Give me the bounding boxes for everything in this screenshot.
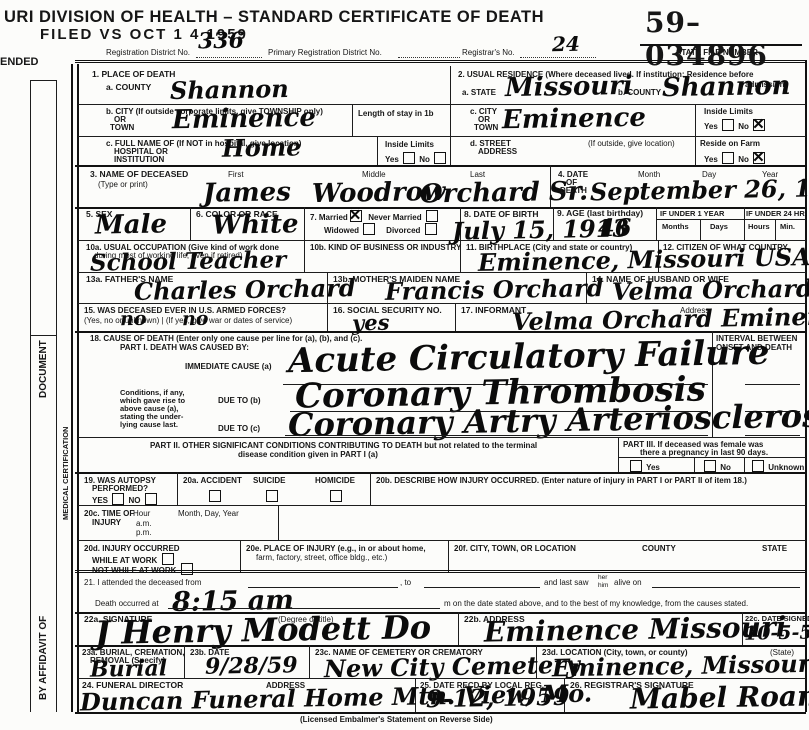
blank-line [424, 587, 540, 588]
residence-city-value: Eminence [502, 105, 646, 134]
unknown-checkbox [752, 460, 764, 472]
yes-checkbox [403, 152, 415, 164]
yes-label: Yes [704, 122, 718, 131]
blank-line [196, 48, 262, 58]
margin-rule [30, 335, 56, 336]
margin-rule [56, 80, 57, 712]
social-security-value: yes [352, 312, 390, 334]
widowed-checkbox [363, 223, 375, 235]
no-label: NO [128, 496, 140, 505]
rule [75, 165, 806, 167]
no-label: No [738, 122, 749, 131]
part2-label-2: disease condition given in PART I (a) [238, 450, 378, 459]
divider [352, 104, 353, 136]
armed-forces-value-2: no [182, 310, 209, 329]
type-or-print-label: (Type or print) [98, 180, 148, 189]
attended-pre: 21. I attended the deceased from [84, 578, 201, 587]
months-header: Months [662, 222, 689, 231]
attended-to: , to [400, 578, 411, 587]
no-label: No [419, 155, 430, 164]
no-checkbox [434, 152, 446, 164]
place-of-injury-label: 20e. PLACE OF INJURY (e.g., in or about … [246, 544, 426, 553]
primary-district-label: Primary Registration District No. [268, 48, 382, 57]
divider [450, 66, 451, 165]
rule [618, 457, 806, 458]
embalmer-note: (Licensed Embalmer's Statement on Revers… [300, 715, 493, 724]
date-of-death-value: September 26, 1959 [590, 176, 809, 205]
rule [75, 712, 806, 714]
marital-row-1: 7. Married Never Married [310, 210, 440, 222]
yes-checkbox [112, 493, 124, 505]
yes-checkbox [722, 152, 734, 164]
medical-certification-vertical-label: MEDICAL CERTIFICATION [61, 427, 70, 520]
yes-label: Yes [385, 155, 399, 164]
attended-alive-on: alive on [614, 578, 642, 587]
divider [304, 240, 305, 272]
hours-header: Hours [748, 222, 770, 231]
injury-county-header: COUNTY [642, 544, 676, 553]
part1-label: PART I. DEATH WAS CAUSED BY: [120, 343, 249, 352]
signature-address-value: Eminence Missouri [484, 613, 787, 646]
accident-checkbox [207, 487, 223, 505]
residence-county-label: b. COUNTY [618, 88, 661, 97]
certificate-title: URI DIVISION OF HEALTH – STANDARD CERTIF… [4, 8, 544, 27]
spouse-name-value: Velma Orchard, E [612, 276, 809, 304]
suicide-checkbox [264, 487, 280, 505]
father-name-value: Charles Orchard [134, 276, 356, 304]
time-of-injury-label: 20c. TIME OF [84, 509, 134, 518]
county-value: Shannon [170, 77, 289, 103]
rule [78, 678, 806, 679]
due-to-c-label: DUE TO (c) [218, 424, 260, 433]
due-to-b-label: DUE TO (b) [218, 396, 261, 405]
affidavit-vertical-label: BY AFFIDAVIT OF [38, 616, 49, 700]
divider [448, 540, 449, 572]
married-label: 7. Married [310, 213, 348, 222]
her-label: her [598, 574, 608, 582]
never-married-checkbox [426, 210, 438, 222]
farm-checkboxes: Yes No [704, 152, 767, 164]
name-of-deceased-label: 3. NAME OF DECEASED [90, 170, 188, 180]
pregnancy-no: No [702, 460, 731, 472]
blank-line [398, 48, 460, 58]
homicide-checkbox [328, 487, 344, 505]
divider [618, 437, 619, 472]
rule [78, 240, 806, 241]
length-of-stay-label: Length of stay in 1b [358, 109, 434, 118]
age-value: 46 [598, 216, 632, 241]
yes-label: Yes [646, 463, 660, 472]
date-recd-value: 9-12, 1959 [426, 685, 570, 712]
no-checkbox-checked [753, 152, 765, 164]
form-left-border [71, 64, 79, 712]
yes-label: YES [92, 496, 108, 505]
immediate-cause-label: IMMEDIATE CAUSE (a) [185, 362, 272, 371]
street-hint: (If outside, give location) [588, 139, 675, 148]
yes-label: Yes [704, 155, 718, 164]
blank-line [652, 587, 800, 588]
town-label: TOWN [110, 123, 134, 132]
divider [240, 540, 241, 572]
divider [370, 472, 371, 505]
rule [745, 384, 800, 385]
divider [656, 207, 657, 240]
city-value: Eminence [172, 105, 316, 134]
rule [640, 44, 802, 46]
never-married-label: Never Married [368, 213, 421, 222]
divider [700, 219, 701, 240]
inside-limits-label: Inside Limits [385, 140, 434, 149]
min-header: Min. [780, 222, 795, 231]
hospital-label-3: INSTITUTION [114, 155, 164, 164]
accident-label: 20a. ACCIDENT [183, 476, 242, 485]
divider [304, 207, 305, 240]
margin-rule [30, 80, 56, 81]
residence-town-label: TOWN [474, 123, 498, 132]
no-checkbox [145, 493, 157, 505]
part3-label-2: there a pregnancy in last 90 days. [640, 448, 768, 457]
death-occurred-at-label: Death occurred at [95, 599, 159, 608]
armed-forces-value-1: no [120, 310, 147, 329]
place-of-injury-label-2: farm, factory, street, office bldg., etc… [256, 553, 387, 562]
hour-label: Hour [133, 509, 150, 518]
not-while-at-work-checkbox [181, 563, 193, 575]
street-label-2: ADDRESS [478, 147, 517, 156]
rule [285, 435, 708, 436]
state-label: a. STATE [462, 88, 496, 97]
divorced-label: Divorced [386, 226, 420, 235]
no-checkbox-checked [753, 119, 765, 131]
registration-district-label: Registration District No. [106, 48, 190, 57]
if-under-1-year-label: IF UNDER 1 YEAR [660, 209, 724, 218]
month-day-year-label: Month, Day, Year [178, 509, 239, 518]
yes-checkbox [722, 119, 734, 131]
widowed-label: Widowed [324, 226, 359, 235]
divider [694, 457, 695, 472]
attended-post: m on the date stated above, and to the b… [444, 599, 748, 608]
place-of-death-title: 1. PLACE OF DEATH [92, 70, 175, 80]
yes-checkbox [630, 460, 642, 472]
death-certificate-scan: URI DIVISION OF HEALTH – STANDARD CERTIF… [0, 0, 809, 730]
rule [78, 540, 806, 541]
divider [458, 612, 459, 645]
industry-label: 10b. KIND OF BUSINESS OR INDUSTRY [310, 243, 461, 252]
unknown-label: Unknown [768, 463, 804, 472]
divider [775, 219, 776, 240]
citizen-label: 12. CITIZEN OF WHAT COUNTRY [663, 243, 788, 252]
state-value: Missouri [505, 73, 633, 101]
divider [744, 207, 745, 240]
hospital-value: Home [222, 135, 302, 160]
pregnancy-yes: Yes [628, 460, 660, 472]
divider [177, 472, 178, 505]
occupation-value: School Teacher [90, 248, 287, 274]
divider [455, 303, 456, 331]
autopsy-label-2: PERFORMED? [92, 484, 148, 493]
conditions-note-5: lying cause last. [120, 420, 178, 429]
marital-row-2: Widowed Divorced [324, 223, 439, 235]
autopsy-checkboxes: YES NO [92, 493, 159, 505]
inside-limits-checkboxes: Yes No [385, 152, 448, 164]
divorced-checkbox [425, 223, 437, 235]
am-label: a.m. [136, 519, 152, 528]
no-label: No [738, 155, 749, 164]
rule [656, 219, 806, 220]
him-label: him [598, 582, 608, 590]
rule [75, 570, 806, 573]
time-of-injury-label-2: INJURY [92, 518, 121, 527]
first-name-value: James [203, 179, 291, 207]
divider [190, 207, 191, 240]
part2-label: PART II. OTHER SIGNIFICANT CONDITIONS CO… [150, 441, 537, 450]
her-him-stack: herhim [598, 574, 608, 590]
rule [78, 437, 806, 438]
suicide-label: SUICIDE [253, 476, 285, 485]
divider [744, 457, 745, 472]
county-label: a. COUNTY [106, 83, 151, 93]
divider [695, 104, 696, 165]
rule [78, 136, 806, 137]
attended-last-saw: and last saw [544, 578, 588, 587]
burial-date-value: 9/28/59 [205, 654, 298, 678]
informant-value: Velma Orchard Eminence, Missouri [512, 302, 809, 334]
divider [309, 645, 310, 678]
residence-county-value: Shannon [662, 73, 791, 101]
describe-injury-label: 20b. DESCRIBE HOW INJURY OCCURRED. (Ente… [376, 476, 747, 485]
married-checkbox-checked [350, 210, 362, 222]
mother-name-value: Francis Orchard [385, 276, 604, 304]
amended-fragment: ENDED [0, 56, 39, 69]
burial-location-value: Eminence, Missouri [552, 652, 809, 681]
margin-rule [30, 80, 31, 712]
divider [278, 505, 279, 540]
pregnancy-unknown: Unknown [750, 460, 804, 472]
injury-state-header: STATE [762, 544, 787, 553]
residence-inside-limits-checkboxes: Yes No [704, 119, 767, 131]
rule [75, 472, 806, 474]
rule [745, 435, 800, 436]
registrar-number-handwritten: 24 [552, 34, 580, 54]
rule [75, 60, 806, 63]
pm-label: p.m. [136, 528, 152, 537]
race-value: White [212, 211, 299, 239]
reside-on-farm-label: Reside on Farm [700, 139, 760, 148]
homicide-label: HOMICIDE [315, 476, 355, 485]
injury-occurred-label: 20d. INJURY OCCURRED [84, 544, 180, 553]
if-under-24-hr-label: IF UNDER 24 HR [746, 209, 805, 218]
sex-value: Male [95, 211, 167, 238]
rule [78, 505, 806, 506]
date-of-death-label-3: DEATH [560, 186, 587, 195]
physician-signature: J Henry Modett Do [95, 611, 432, 649]
registrar-signature-value: Mabel Roan [630, 682, 809, 713]
document-vertical-label: DOCUMENT [38, 340, 49, 398]
divider [377, 136, 378, 165]
no-label: No [720, 463, 731, 472]
residence-inside-limits-label: Inside Limits [704, 107, 753, 116]
date-signed-value: 10-5-59 [744, 623, 809, 643]
no-checkbox [704, 460, 716, 472]
injury-city-label: 20f. CITY, TOWN, OR LOCATION [454, 544, 576, 553]
state-file-number-label: STATE FILE NUMBER [676, 48, 758, 57]
registrar-no-label: Registrar's No. [462, 48, 515, 57]
days-header: Days [710, 222, 728, 231]
